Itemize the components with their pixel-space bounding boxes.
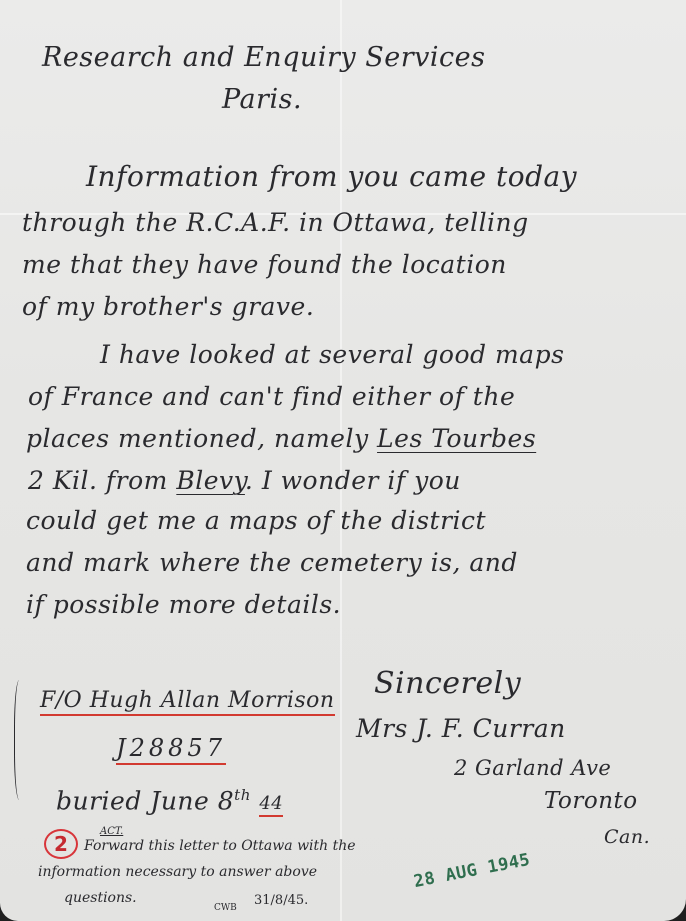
burial-date: buried June 8th 44	[56, 786, 283, 815]
body-line-10: and mark where the cemetery is, and	[26, 548, 518, 577]
service-number: J28857	[116, 734, 226, 762]
body-text: . I wonder if you	[245, 466, 461, 495]
body-text: places mentioned, namely	[26, 424, 369, 453]
body-line-3: me that they have found the location	[22, 250, 507, 279]
signature: Mrs J. F. Curran	[356, 714, 566, 743]
annotation-action-label: ACT.	[100, 826, 123, 837]
annotation-line-3: questions.	[64, 890, 137, 906]
body-line-6: of France and can't find either of the	[28, 382, 515, 411]
annotation-line-1: Forward this letter to Ottawa with the	[84, 838, 356, 854]
body-line-11: if possible more details.	[26, 590, 341, 619]
date-received-stamp: 28 AUG 1945	[412, 850, 532, 892]
circled-number: 2	[44, 829, 78, 859]
place-name-les-tourbes: Les Tourbes	[377, 424, 536, 453]
addressee-line-2: Paris.	[222, 84, 302, 115]
address-country: Can.	[604, 826, 650, 848]
annotation-initials: CWB	[214, 903, 237, 913]
address-street: 2 Garland Ave	[454, 756, 611, 780]
addressee-line-1: Research and Enquiry Services	[42, 42, 485, 73]
body-line-9: could get me a maps of the district	[26, 506, 486, 535]
body-line-1: Information from you came today	[86, 160, 577, 193]
body-line-5: I have looked at several good maps	[100, 340, 564, 369]
closing: Sincerely	[374, 666, 521, 701]
annotation-line-2: information necessary to answer above	[38, 864, 317, 880]
fold-crease-vertical	[340, 0, 342, 921]
burial-sup: th	[234, 786, 251, 804]
body-text: 2 Kil. from	[28, 466, 168, 495]
annotation-date: 31/8/45.	[254, 893, 308, 908]
bracket-mark	[14, 680, 27, 800]
address-city: Toronto	[544, 788, 638, 814]
burial-year: 44	[259, 793, 283, 817]
letter-page: Research and Enquiry Services Paris. Inf…	[0, 0, 686, 921]
body-line-8: 2 Kil. from Blevy. I wonder if you	[28, 466, 461, 495]
body-line-4: of my brother's grave.	[22, 292, 314, 321]
body-line-2: through the R.C.A.F. in Ottawa, telling	[22, 208, 529, 237]
deceased-name: F/O Hugh Allan Morrison	[40, 688, 335, 713]
service-number-text: J28857	[116, 734, 226, 765]
deceased-rank-name: F/O Hugh Allan Morrison	[40, 688, 335, 716]
body-line-7: places mentioned, namely Les Tourbes	[26, 424, 536, 453]
place-name-blevy: Blevy	[176, 466, 245, 495]
burial-text: buried June 8	[56, 786, 234, 815]
